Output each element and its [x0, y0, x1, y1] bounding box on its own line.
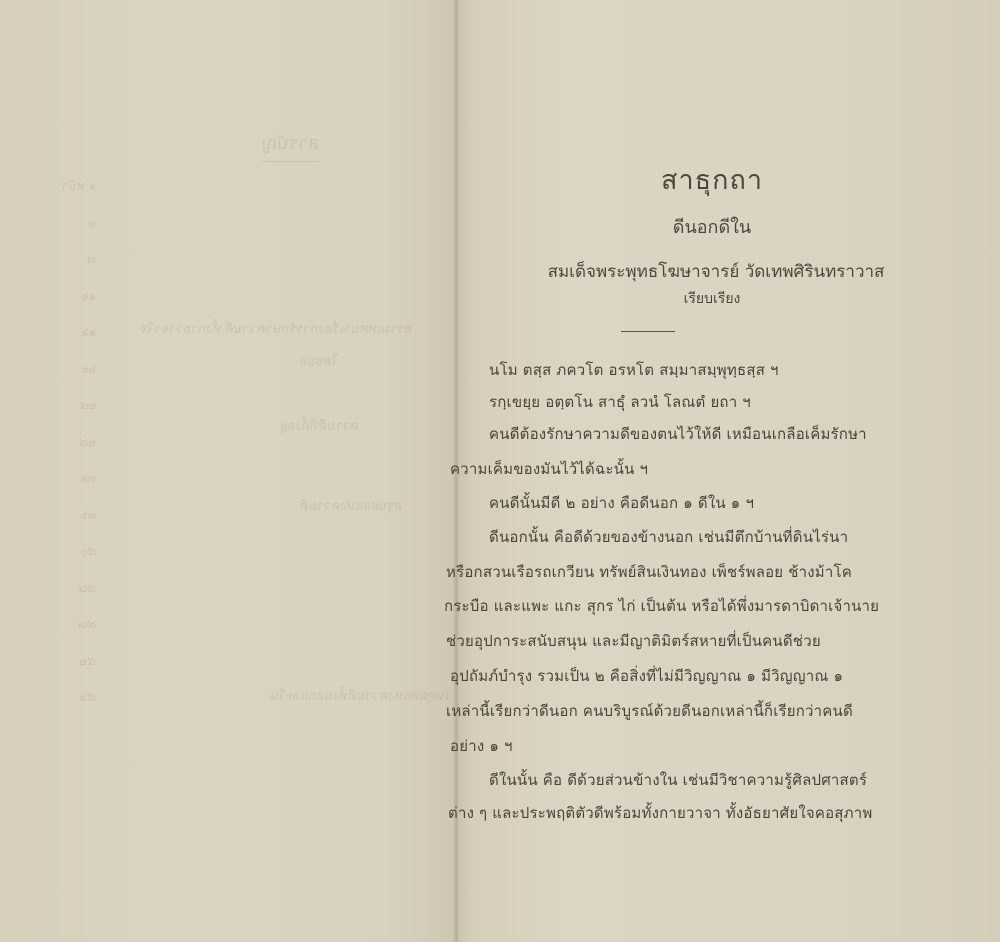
- body-line: ต่าง ๆ และประพฤติตัวดีพร้อมทั้งกายวาจา ท…: [448, 801, 872, 825]
- left-page: สารบัญ ๑ หน้า๒๗๑๒๑๖๒๐๒๔๒๘๓๒๓๖๔๐๔๔๔๘๕๒๕๖ …: [0, 0, 456, 942]
- bleed-through-line: โดยย่อ: [300, 350, 338, 371]
- title-divider: [621, 331, 675, 332]
- body-line: กระบือ และแพะ แกะ สุกร ไก่ เป็นต้น หรือไ…: [444, 594, 879, 618]
- body-line: อย่าง ๑ ฯ: [450, 734, 513, 758]
- body-line: นโม ตสฺส ภควโต อรหโต สมฺมาสมฺพุทฺธสฺส ฯ: [489, 358, 779, 382]
- bleed-through-line: ความดีที่ตั้งอยู่: [280, 415, 359, 436]
- body-line: ความเค็มของมันไว้ได้ฉะนั้น ฯ: [450, 457, 648, 481]
- body-line: ดีในนั้น คือ ดีด้วยส่วนข้างใน เช่นมีวิชา…: [489, 768, 867, 792]
- bleed-through-line: เหตุผลแห่งความดีทั้งนอกและใน: [270, 685, 449, 706]
- body-line: คนดีต้องรักษาความดีของตนไว้ให้ดี เหมือนเ…: [489, 422, 867, 446]
- bleed-through-line: สรุปผลแห่งความดี: [300, 495, 402, 516]
- bleed-through-heading: สารบัญ: [262, 128, 320, 162]
- author-line: สมเด็จพระพุทธโฆษาจารย์ วัดเทพศิรินทราวาส: [476, 258, 956, 285]
- body-line: ดีนอกนั้น คือดีด้วยของข้างนอก เช่นมีตึกบ…: [489, 525, 848, 549]
- book-fold: [453, 0, 459, 942]
- right-page: สาธุกถา ดีนอกดีใน สมเด็จพระพุทธโฆษาจารย์…: [456, 0, 1000, 942]
- body-line: คนดีนั้นมีดี ๒ อย่าง คือดีนอก ๑ ดีใน ๑ ฯ: [489, 491, 754, 515]
- page-title: สาธุกถา: [512, 158, 912, 201]
- body-line: ช่วยอุปการะสนับสนุน และมีญาติมิตร์สหายที…: [446, 629, 821, 653]
- book-spread: สารบัญ ๑ หน้า๒๗๑๒๑๖๒๐๒๔๒๘๓๒๓๖๔๐๔๔๔๘๕๒๕๖ …: [0, 0, 1000, 942]
- page-subtitle: ดีนอกดีใน: [512, 212, 912, 241]
- compiled-by: เรียบเรียง: [512, 288, 912, 310]
- body-line: อุปถัมภ์บำรุง รวมเป็น ๒ คือสิ่งที่ไม่มีว…: [450, 664, 843, 688]
- body-line: หรือกสวนเรือรถเกวียน ทรัพย์สินเงินทอง เพ…: [446, 560, 852, 584]
- page-content: สาธุกถา ดีนอกดีใน สมเด็จพระพุทธโฆษาจารย์…: [456, 0, 1000, 942]
- body-line: รกฺเขยฺย อตฺตโน สาธุํ ลวนํ โลณตํ ยถา ฯ: [489, 390, 751, 414]
- body-line: เหล่านี้เรียกว่าดีนอก คนบริบูรณ์ด้วยดีนอ…: [446, 699, 853, 723]
- bleed-through-page-numbers: ๑ หน้า๒๗๑๒๑๖๒๐๒๔๒๘๓๒๓๖๔๐๔๔๔๘๕๒๕๖: [62, 168, 96, 716]
- bleed-through-line: ธรรมเทศนาเรื่องการรักษาความดี ทั้งกายวาจ…: [140, 318, 412, 339]
